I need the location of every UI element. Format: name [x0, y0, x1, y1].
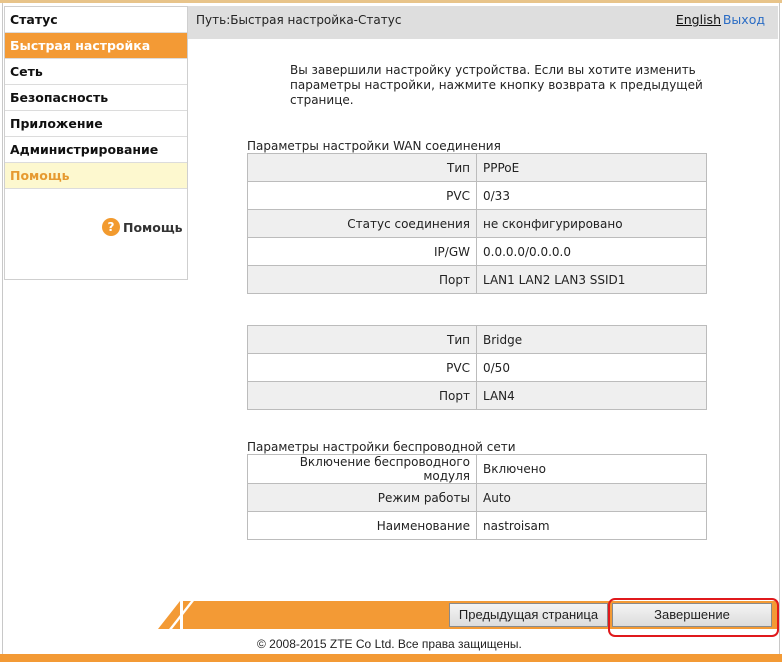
- row-value: Auto: [477, 484, 707, 512]
- table-row: Наименованиеnastroisam: [248, 512, 707, 540]
- wireless-table: Включение беспроводного модуляВключено Р…: [247, 454, 707, 540]
- table-row: ТипPPPoE: [248, 154, 707, 182]
- row-key: Режим работы: [248, 484, 477, 512]
- wan-section-title: Параметры настройки WAN соединения: [247, 139, 501, 153]
- row-value: nastroisam: [477, 512, 707, 540]
- sidebar-item-status[interactable]: Статус: [5, 7, 187, 33]
- help-label: Помощь: [123, 220, 183, 235]
- previous-page-button[interactable]: Предыдущая страница: [449, 603, 608, 627]
- row-value: Bridge: [477, 326, 707, 354]
- header-bar: Путь:Быстрая настройка-Статус English Вы…: [188, 6, 778, 39]
- row-key: PVC: [248, 182, 477, 210]
- row-key: IP/GW: [248, 238, 477, 266]
- row-key: PVC: [248, 354, 477, 382]
- finish-highlight-outline: [608, 598, 779, 637]
- row-key: Тип: [248, 154, 477, 182]
- row-key: Порт: [248, 266, 477, 294]
- sidebar: Статус Быстрая настройка Сеть Безопаснос…: [4, 6, 188, 280]
- breadcrumb: Путь:Быстрая настройка-Статус: [196, 13, 401, 27]
- row-key: Наименование: [248, 512, 477, 540]
- sidebar-item-quick-setup[interactable]: Быстрая настройка: [5, 33, 187, 59]
- row-value: PPPoE: [477, 154, 707, 182]
- table-row: Статус соединенияне сконфигурировано: [248, 210, 707, 238]
- table-row: Включение беспроводного модуляВключено: [248, 455, 707, 484]
- help-link[interactable]: ? Помощь: [102, 218, 183, 236]
- row-value: LAN4: [477, 382, 707, 410]
- table-row: PVC0/50: [248, 354, 707, 382]
- wan1-table: ТипPPPoE PVC0/33 Статус соединенияне ско…: [247, 153, 707, 294]
- row-value: Включено: [477, 455, 707, 484]
- table-row: IP/GW0.0.0.0/0.0.0.0: [248, 238, 707, 266]
- sidebar-item-network[interactable]: Сеть: [5, 59, 187, 85]
- footer-bar: [0, 654, 782, 662]
- sidebar-item-help[interactable]: Помощь: [5, 163, 187, 189]
- row-value: не сконфигурировано: [477, 210, 707, 238]
- row-value: 0/33: [477, 182, 707, 210]
- copyright: © 2008-2015 ZTE Co Ltd. Все права защище…: [257, 637, 522, 651]
- wan2-table: ТипBridge PVC0/50 ПортLAN4: [247, 325, 707, 410]
- row-key: Тип: [248, 326, 477, 354]
- row-value: LAN1 LAN2 LAN3 SSID1: [477, 266, 707, 294]
- question-icon: ?: [102, 218, 120, 236]
- sidebar-item-administration[interactable]: Администрирование: [5, 137, 187, 163]
- bar-decoration: [158, 601, 180, 629]
- row-key: Статус соединения: [248, 210, 477, 238]
- row-value: 0/50: [477, 354, 707, 382]
- table-row: ТипBridge: [248, 326, 707, 354]
- intro-text: Вы завершили настройку устройства. Если …: [290, 63, 730, 108]
- table-row: ПортLAN1 LAN2 LAN3 SSID1: [248, 266, 707, 294]
- sidebar-item-security[interactable]: Безопасность: [5, 85, 187, 111]
- row-value: 0.0.0.0/0.0.0.0: [477, 238, 707, 266]
- logout-link[interactable]: Выход: [723, 12, 765, 27]
- language-link[interactable]: English: [676, 12, 721, 27]
- table-row: PVC0/33: [248, 182, 707, 210]
- row-key: Порт: [248, 382, 477, 410]
- table-row: ПортLAN4: [248, 382, 707, 410]
- table-row: Режим работыAuto: [248, 484, 707, 512]
- wireless-section-title: Параметры настройки беспроводной сети: [247, 440, 516, 454]
- row-key: Включение беспроводного модуля: [248, 455, 477, 484]
- sidebar-item-application[interactable]: Приложение: [5, 111, 187, 137]
